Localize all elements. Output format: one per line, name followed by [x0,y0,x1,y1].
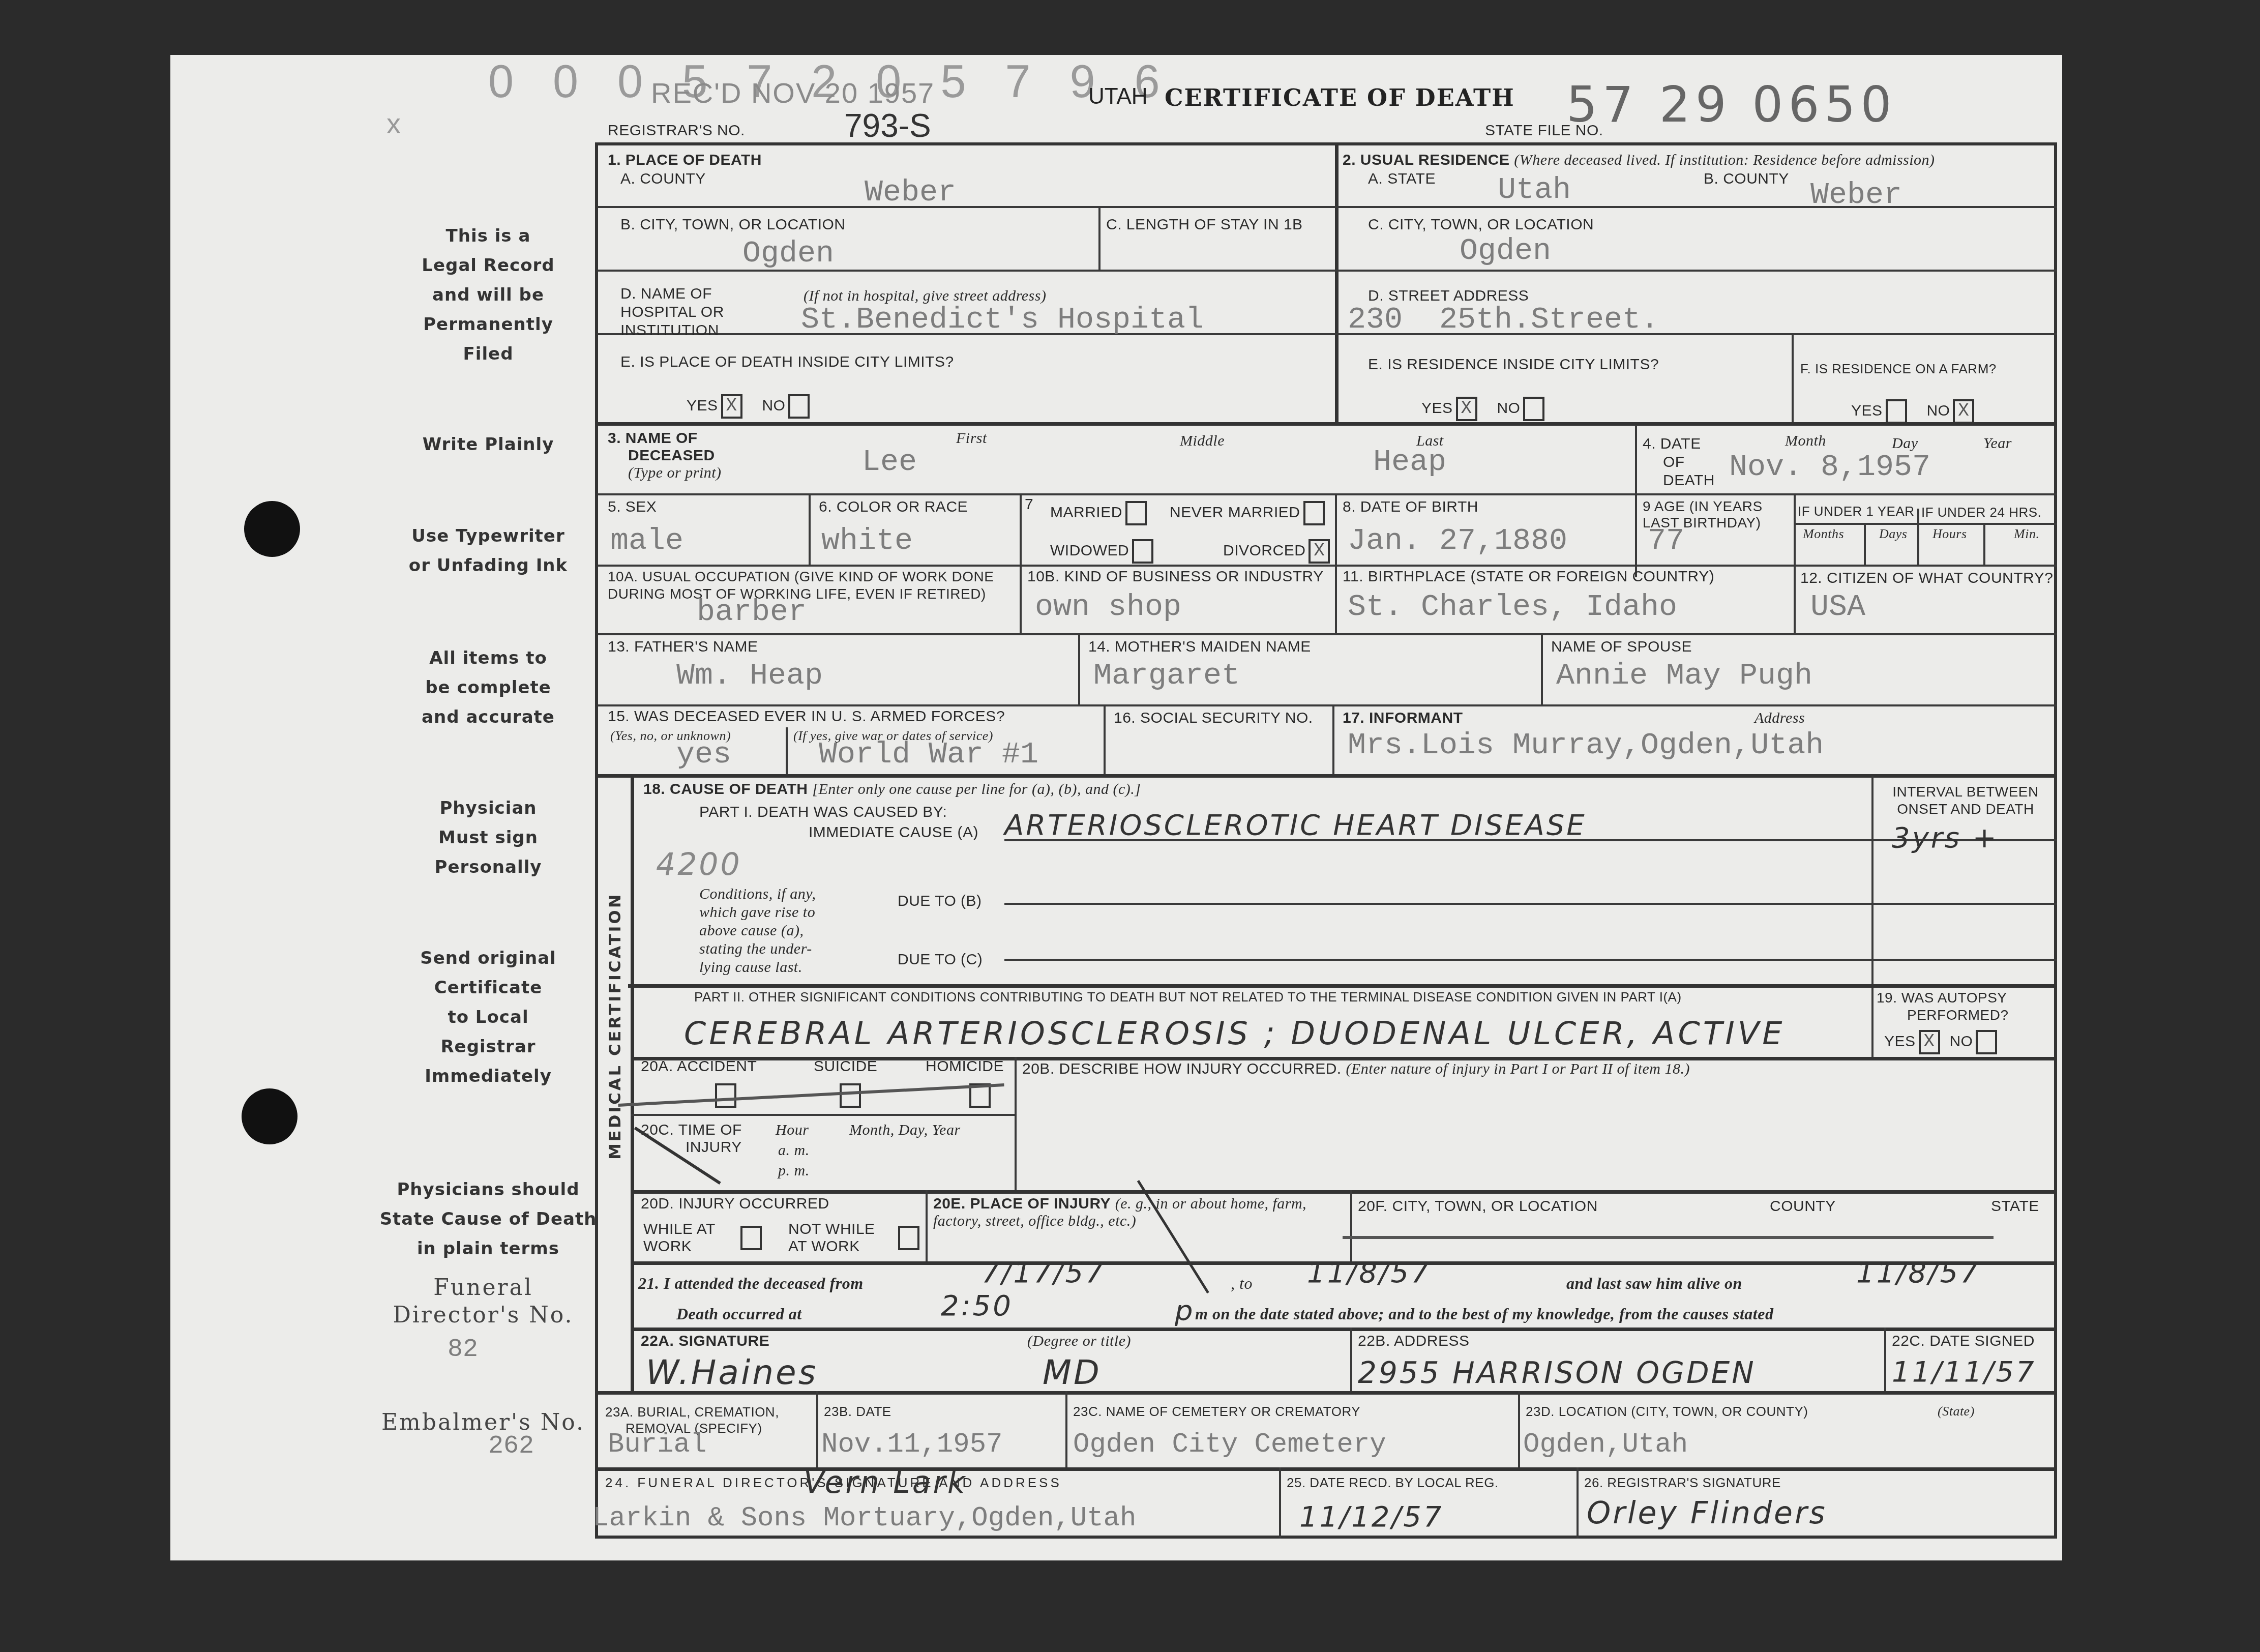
medical-certification-label: MEDICAL CERTIFICATION [605,893,625,1160]
physician-signature[interactable]: W.Haines [646,1353,818,1392]
divider [598,704,2057,706]
death-city-limits-no-checkbox[interactable] [788,394,810,419]
res-city-limits-label: e. IS RESIDENCE INSIDE CITY LIMITS? [1368,356,1659,373]
while-at-work-option: WHILE ATWORK [643,1221,716,1255]
days-label: Days [1879,526,1907,542]
res-state-label: a. STATE [1368,170,1436,188]
divider [1884,1327,1886,1391]
year-label: Year [1983,435,2012,452]
conditions-hint: Conditions, if any,which gave rise toabo… [699,885,816,977]
father-value[interactable]: Wm. Heap [676,659,823,693]
death-occurred-suffix: m on the date stated above; and to the b… [1195,1305,1773,1323]
autopsy-yes-checkbox[interactable]: X [1919,1030,1940,1054]
divider [1020,565,1022,633]
divider [1350,1190,1352,1261]
received-stamp: REC'D NOV 20 1957 [651,76,935,109]
divider [1065,1391,1067,1470]
divorced-checkbox[interactable]: X [1309,539,1330,564]
widowed-checkbox[interactable] [1132,539,1153,564]
res-city-limits-options: YESX NO [1421,397,1544,421]
never-married-option: NEVER MARRIED [1170,501,1325,525]
divider [1635,425,1637,577]
suicide-checkbox[interactable] [840,1083,861,1108]
divider [1004,903,2057,905]
under-1-year-label: IF UNDER 1 YEAR [1798,504,1915,519]
divorced-option: DIVORCEDX [1223,539,1330,564]
occupation-value[interactable]: barber [697,595,807,630]
funeral-director-label: FuneralDirector's No. [366,1274,600,1329]
deceased-name-label: 3. NAME OFDECEASED(Type or print) [608,430,722,482]
registrar-signature[interactable]: Orley Flinders [1587,1495,1827,1531]
county-label: a. COUNTY [620,170,706,188]
autopsy-options: YESX NO [1884,1030,1997,1054]
divider [809,493,811,565]
margin-note-physician-sign: PhysicianMust signPersonally [386,793,590,882]
margin-note-write-plainly: Write Plainly [386,430,590,459]
married-checkbox[interactable] [1125,501,1147,525]
divider [598,565,2057,567]
physician-address[interactable]: 2955 HARRISON OGDEN [1358,1355,1756,1390]
interval-value[interactable]: 3yrs + [1892,821,1999,854]
sex-value[interactable]: male [610,524,683,558]
burial-location-label: 23d. LOCATION (City, town, or county) [1526,1404,1808,1420]
res-city-value[interactable]: Ogden [1460,234,1551,269]
divider [1078,633,1080,704]
funeral-director-no: 82 [448,1335,478,1364]
divider [1332,704,1334,776]
date-signed-label: 22c. DATE SIGNED [1892,1333,2035,1350]
dob-label: 8. DATE OF BIRTH [1343,498,1478,516]
citizen-value[interactable]: USA [1810,590,1865,625]
embalmer-no: 262 [488,1432,534,1461]
married-option: MARRIED [1050,501,1147,525]
divider [786,727,788,776]
informant-value[interactable]: Mrs.Lois Murray,Ogden,Utah [1348,728,1824,763]
occupation-label: 10a. USUAL OCCUPATION (Give kind of work… [608,568,1015,603]
armed-forces-value[interactable]: yes [676,737,731,772]
sex-label: 5. SEX [608,498,657,516]
death-city-limits-label: e. IS PLACE OF DEATH INSIDE CITY LIMITS? [620,353,954,371]
informant-address-label: Address [1755,710,1805,727]
day-label: Day [1892,435,1918,452]
divider [1020,493,1022,565]
attended-label: 21. I attended the deceased from [638,1274,864,1293]
autopsy-no-checkbox[interactable] [1976,1030,1997,1054]
divider [631,1114,1015,1116]
res-state-value[interactable]: Utah [1498,173,1571,208]
divider [628,984,2057,988]
divider [631,776,634,1391]
death-time-value[interactable]: 2:50 [941,1289,1013,1322]
signature-label: 22a. SIGNATURE [641,1333,769,1350]
city-label: b. CITY, TOWN, OR LOCATION [620,216,846,233]
divider [1794,493,1796,633]
burial-location-value[interactable]: Ogden,Utah [1523,1429,1688,1460]
hours-label: Hours [1932,526,1967,542]
while-at-work-checkbox[interactable] [740,1226,762,1250]
months-label: Months [1803,526,1844,542]
strike-line [1343,1236,1994,1239]
ssn-label: 16. SOCIAL SECURITY NO. [1114,710,1313,727]
birthplace-value[interactable]: St. Charles, Idaho [1348,590,1677,625]
interval-label: INTERVAL BETWEENONSET AND DEATH [1877,783,2055,818]
race-label: 6. COLOR OR RACE [819,498,968,516]
date-of-death-label: 4. DATEOFDEATH [1643,435,1715,490]
month-label: Month [1785,432,1826,450]
res-county-label: b. COUNTY [1704,170,1789,188]
usual-residence-label: 2. USUAL RESIDENCE (Where deceased lived… [1343,152,1935,169]
injury-occurred-label: 20d. INJURY OCCURRED [641,1195,829,1213]
immediate-cause-value[interactable]: ARTERIOSCLEROTIC HEART DISEASE [1004,809,1587,842]
burial-date-value[interactable]: Nov.11,1957 [821,1429,1002,1460]
spouse-value[interactable]: Annie May Pugh [1556,659,1812,693]
autopsy-label: 19. WAS AUTOPSYPERFORMED? [1877,989,2008,1024]
hospital-value[interactable]: St.Benedict's Hospital [801,303,1204,337]
divider [631,1327,2057,1331]
divider [631,1190,2057,1194]
last-saw-label: and last saw him alive on [1566,1274,1742,1293]
funeral-director-address[interactable]: Larkin & Sons Mortuary,Ogden,Utah [592,1503,1136,1534]
birthplace-label: 11. BIRTHPLACE (State or foreign country… [1343,568,1714,585]
due-c-label: DUE TO (c) [898,951,983,968]
death-city-limits-yes-checkbox[interactable]: X [721,394,742,419]
title-prefix: UTAH [1088,84,1148,109]
death-city-value[interactable]: Ogden [742,237,834,271]
divider [1015,1057,1017,1192]
date-signed-value[interactable]: 11/11/57 [1892,1355,2036,1389]
divider [1792,333,1794,425]
attended-from-value[interactable]: 7/17/57 [982,1256,1106,1289]
res-street-label: d. STREET ADDRESS [1368,287,1529,305]
divider [598,774,2057,778]
business-value[interactable]: own shop [1035,590,1181,625]
divider [1864,523,1866,565]
divider [598,422,2057,426]
last-name-value[interactable]: Heap [1373,445,1446,480]
not-while-at-work-checkbox[interactable] [898,1226,919,1250]
marital-num: 7 [1025,496,1033,513]
divider [1518,1391,1520,1470]
registrar-no-label: REGISTRAR'S NO. [608,122,745,139]
divider [1983,523,1985,565]
death-county-value[interactable]: Weber [865,175,956,210]
res-city-label: c. CITY, TOWN, OR LOCATION [1368,216,1594,233]
under-24-label: IF UNDER 24 HRS. [1921,505,2041,520]
due-b-label: DUE TO (b) [898,893,982,910]
divider [1335,493,1337,633]
divider [598,633,2057,635]
hospital-hint: (If not in hospital, give street address… [804,287,1046,305]
not-while-at-work-option: NOT WHILEAT WORK [788,1221,875,1255]
divider [1350,1327,1352,1391]
farm-options: YES NOX [1851,399,1974,424]
accident-label: 20a. ACCIDENT [641,1058,757,1075]
physician-degree[interactable]: MD [1043,1353,1102,1392]
min-label: Min. [2014,526,2039,542]
citizen-label: 12. CITIZEN OF WHAT COUNTRY? [1800,570,2053,587]
mother-value[interactable]: Margaret [1093,659,1240,693]
divider [1335,145,1339,425]
x-mark: x [386,107,401,140]
date-recd-label: 25. DATE RECD. BY LOCAL REG. [1287,1475,1499,1491]
father-label: 13. FATHER'S NAME [608,638,758,656]
margin-note-plain-terms: Physicians shouldState Cause of Deathin … [376,1175,600,1263]
armed-forces-label: 15. WAS DECEASED EVER IN U. S. ARMED FOR… [608,708,1005,725]
divider [1871,776,1874,1058]
pm-label: p. m. [778,1162,810,1179]
homicide-label: HOMICIDE [926,1058,1004,1075]
city-injury-label: 20f. CITY, TOWN, OR LOCATION [1358,1198,1598,1215]
punch-hole-top [244,501,300,557]
dob-value[interactable]: Jan. 27,1880 [1348,524,1567,558]
degree-label: (Degree or title) [1027,1333,1131,1350]
last-saw-value[interactable]: 11/8/57 [1856,1256,1980,1289]
first-label: First [956,430,987,447]
immediate-cause-label: IMMEDIATE CAUSE (a) [809,824,978,841]
am-label: a. m. [778,1142,810,1159]
never-married-checkbox[interactable] [1303,501,1325,525]
date-recd-value[interactable]: 11/12/57 [1299,1500,1444,1533]
divider [1794,523,2057,525]
first-name-value[interactable]: Lee [862,445,917,480]
informant-label: 17. INFORMANT [1343,710,1463,727]
middle-label: Middle [1180,432,1225,450]
divider [1541,633,1543,704]
to-label: , to [1231,1274,1253,1293]
res-street-value[interactable]: 230 25th.Street. [1348,303,1659,337]
race-value[interactable]: white [821,524,913,558]
farm-yes-checkbox[interactable] [1886,399,1907,424]
divider [1577,1467,1579,1539]
attended-to-value[interactable]: 11/8/57 [1307,1256,1431,1289]
divider [1098,206,1101,270]
burial-method-value[interactable]: Burial [608,1429,706,1460]
divider [1335,206,2057,208]
embalmer-label: Embalmer's No. [366,1409,600,1436]
date-of-death-value[interactable]: Nov. 8,1957 [1729,450,1930,485]
burial-state-label: (State) [1938,1404,1975,1419]
state-file-no: 57 29 0650 [1566,76,1897,133]
mother-label: 14. MOTHER'S MAIDEN NAME [1088,638,1311,656]
place-of-injury-label: 20e. PLACE OF INJURY (e. g., in or about… [933,1195,1340,1230]
registrar-sig-label: 26. REGISTRAR'S SIGNATURE [1584,1475,1781,1491]
time-of-injury-label: 20c. TIME OFINJURY [641,1122,742,1156]
accident-checkbox[interactable] [715,1083,736,1108]
cause-of-death-label: 18. CAUSE OF DEATH [Enter only one cause… [643,781,1141,798]
war-value[interactable]: World War #1 [819,737,1038,772]
divider [1917,509,1919,565]
divider [816,1391,818,1470]
injury-state-label: STATE [1991,1198,2039,1215]
business-label: 10b. KIND OF BUSINESS OR INDUSTRY [1027,568,1324,585]
certificate-title: CERTIFICATE OF DEATH [1165,84,1515,111]
hour-label: Hour [776,1122,809,1139]
margin-note-typewriter: Use Typewriteror Unfading Ink [376,521,600,580]
cemetery-value[interactable]: Ogden City Cemetery [1073,1429,1386,1460]
divider [1004,959,2057,961]
registrar-no: 793-S [844,107,931,144]
margin-note-send-original: Send originalCertificateto LocalRegistra… [386,943,590,1091]
stay-label: c. LENGTH OF STAY IN 1b [1106,216,1303,233]
res-city-limits-yes-checkbox[interactable]: X [1456,397,1477,421]
death-occurred-label: Death occurred at [676,1305,802,1323]
death-city-limits-options: YESX NO [687,394,810,419]
burial-date-label: 23b. DATE [824,1404,891,1420]
cemetery-label: 23c. NAME OF CEMETERY OR CREMATORY [1073,1404,1360,1420]
res-city-limits-no-checkbox[interactable] [1523,397,1544,421]
divider [598,206,1335,208]
injury-county-label: COUNTY [1770,1198,1836,1215]
death-ampm-value[interactable]: p [1175,1294,1195,1327]
divider [598,493,2057,495]
widowed-option: WIDOWED [1050,539,1153,564]
divider [1104,704,1106,776]
margin-note-legal-record: This is aLegal Recordand will bePermanen… [386,221,590,369]
funeral-director-signature[interactable]: Vern Lark [804,1465,967,1500]
physician-address-label: 22b. ADDRESS [1358,1333,1469,1350]
age-value[interactable]: 77 [1648,524,1684,558]
code-note: 4200 [656,847,742,882]
suicide-label: SUICIDE [814,1058,877,1075]
describe-injury-label: 20b. DESCRIBE HOW INJURY OCCURRED. (Ente… [1022,1060,1690,1078]
margin-note-complete: All items tobe completeand accurate [386,643,590,732]
res-county-value[interactable]: Weber [1810,178,1902,213]
spouse-label: NAME OF SPOUSE [1551,638,1692,656]
divider [1279,1467,1281,1539]
farm-no-checkbox[interactable]: X [1953,399,1974,424]
punch-hole-bottom [242,1088,298,1144]
farm-label: f. IS RESIDENCE ON A FARM? [1800,361,1997,377]
part1-label: PART I. DEATH WAS CAUSED BY: [699,804,947,821]
part2-value[interactable]: CEREBRAL ARTERIOSCLEROSIS ; DUODENAL ULC… [684,1015,1785,1052]
hospital-label: d. NAME OFHOSPITAL ORINSTITUTION [620,285,724,340]
mdy-label: Month, Day, Year [849,1122,961,1139]
place-of-death-label: 1. PLACE OF DEATH [608,152,762,169]
part2-label: PART II. OTHER SIGNIFICANT CONDITIONS CO… [694,989,1682,1005]
divider [926,1190,928,1261]
